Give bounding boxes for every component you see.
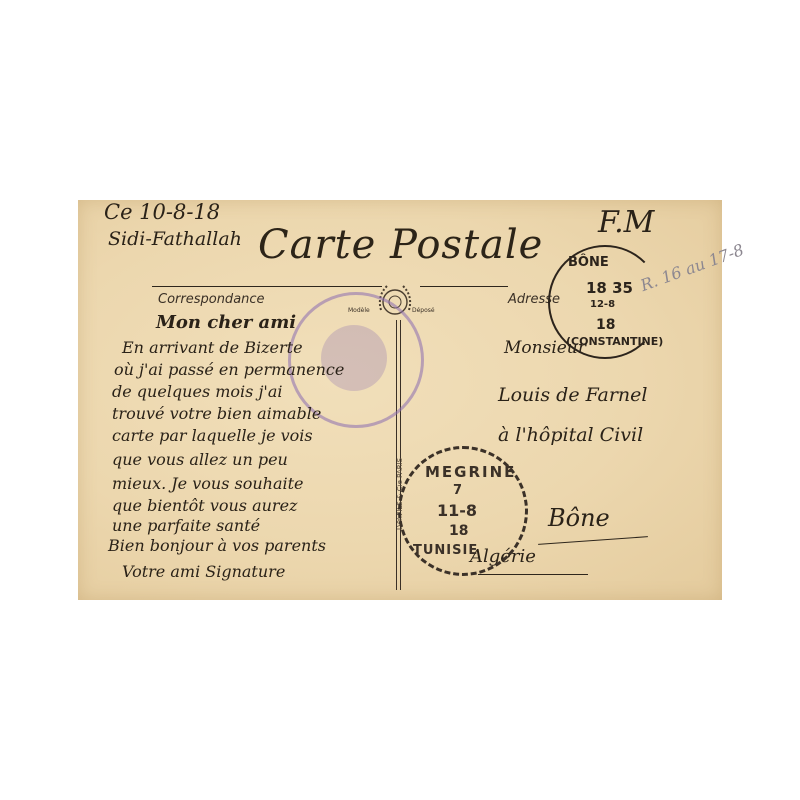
postmark-year: 18 [449,523,468,539]
postmark-town: MEGRINE [425,463,516,481]
correspondence-label: Correspondance [158,292,265,307]
megrine-postmark: MEGRINE 7 11-8 18 TUNISIE [398,446,528,576]
message-line: trouvé votre bien aimable [112,406,321,422]
pencil-note: R. 16 au 17-8 [639,242,746,294]
message-line: carte par laquelle je vois [112,428,313,444]
postmark-date: 12-8 [590,299,615,310]
censor-stamp-emblem [321,325,387,391]
postmark-year: 18 [596,317,615,333]
address-line: à l'hôpital Civil [498,426,643,445]
header-rule-left [152,286,382,287]
address-underline [538,536,648,545]
postmark-time: 18 35 [586,279,633,297]
address-line: Louis de Farnel [498,386,647,405]
message-line: Votre ami Signature [122,564,285,580]
message-line: Bien bonjour à vos parents [108,538,326,554]
handwritten-date: Ce 10-8-18 [104,202,220,223]
postmark-region: (CONSTANTINE) [566,335,663,348]
postmark-town: BÔNE [568,255,609,270]
postmark-date: 11-8 [437,501,477,520]
handwritten-place: Sidi-Fathallah [108,230,242,249]
message-line: En arrivant de Bizerte [122,340,303,356]
postmark-country: TUNISIE [413,543,478,558]
deposited-label: Déposé [412,307,435,314]
message-line: Mon cher ami [156,314,296,332]
address-line: Bône [548,506,610,530]
header-rule-right [420,286,508,287]
bone-postmark: BÔNE 18 35 12-8 18 (CONSTANTINE) [548,245,662,359]
message-line: de quelques mois j'ai [112,384,282,400]
message-line: que bientôt vous aurez [112,498,297,514]
message-line: une parfaite santé [112,518,260,534]
postcard-title: Carte Postale [258,222,543,268]
message-line: que vous allez un peu [112,452,288,468]
message-line: où j'ai passé en permanence [114,362,344,378]
postmark-time: 7 [453,483,462,498]
message-line: mieux. Je vous souhaite [112,476,304,492]
postcard: Ce 10-8-18 Sidi-Fathallah Carte Postale … [78,200,722,600]
address-underline [478,574,588,575]
franchise-militaire-mark: F.M [598,208,654,238]
